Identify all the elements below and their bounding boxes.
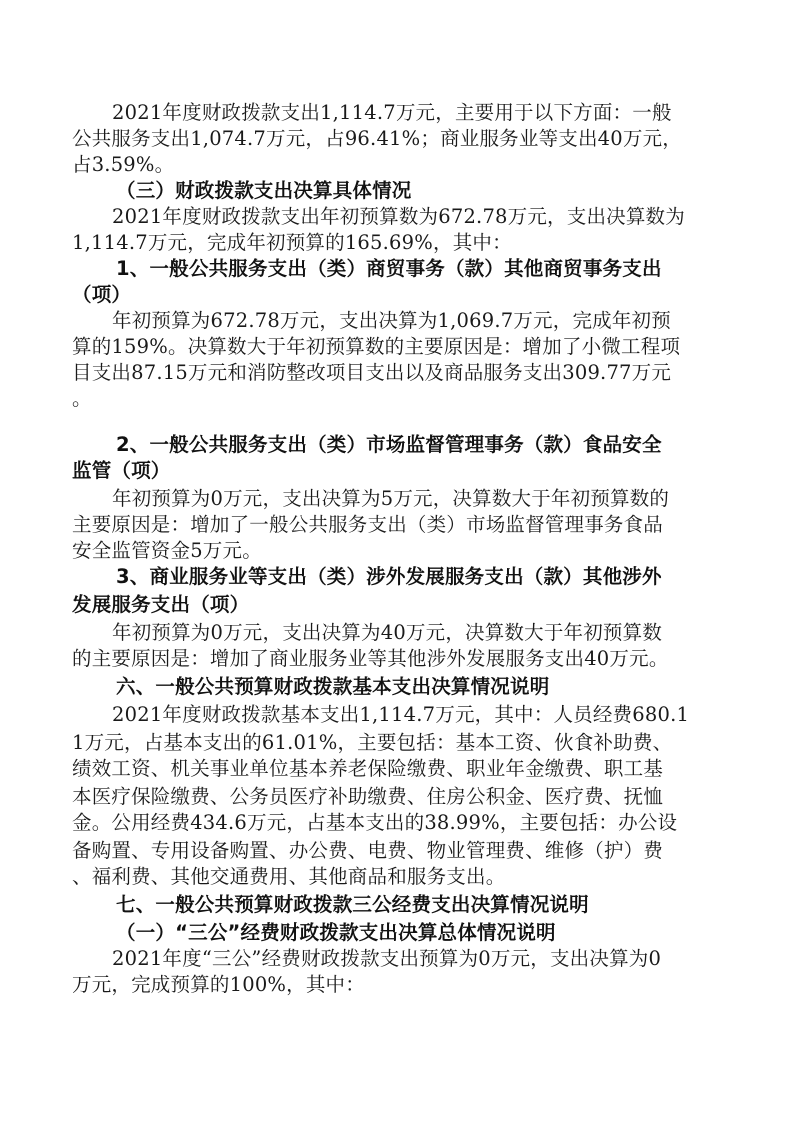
section-heading: 七、一般公共预算财政拨款三公经费支出决算情况说明 [116,892,776,918]
paragraph-line: 、福利费、其他交通费用、其他商品和服务支出。 [72,864,732,890]
paragraph-line: 备购置、专用设备购置、办公费、电费、物业管理费、维修（护）费 [72,838,732,864]
paragraph-line: 公共服务支出1,074.7万元，占96.41%；商业服务业等支出40万元， [72,126,732,152]
paragraph-line: 年初预算为672.78万元，支出决算为1,069.7万元，完成年初预 [112,308,772,334]
document-page: 2021年度财政拨款支出1,114.7万元，主要用于以下方面：一般公共服务支出1… [0,0,793,1122]
paragraph-line: 年初预算为0万元，支出决算为5万元，决算数大于年初预算数的 [112,486,772,512]
section-heading: （一）“三公”经费财政拨款支出决算总体情况说明 [116,920,776,946]
paragraph-line: 。 [72,386,732,412]
paragraph-line: 2021年度财政拨款支出1,114.7万元，主要用于以下方面：一般 [112,100,772,126]
paragraph-line: 算的159%。决算数大于年初预算数的主要原因是：增加了小微工程项 [72,334,732,360]
paragraph-line: 1万元，占基本支出的61.01%，主要包括：基本工资、伙食补助费、 [72,730,732,756]
paragraph-line: 本医疗保险缴费、公务员医疗补助缴费、住房公积金、医疗费、抚恤 [72,784,732,810]
paragraph-line: 的主要原因是：增加了商业服务业等其他涉外发展服务支出40万元。 [72,646,732,672]
section-heading: 六、一般公共预算财政拨款基本支出决算情况说明 [116,674,776,700]
section-heading: 发展服务支出（项） [72,592,732,618]
section-heading: （三）财政拨款支出决算具体情况 [116,178,776,204]
section-heading: （项） [72,282,732,308]
paragraph-line: 2021年度财政拨款基本支出1,114.7万元，其中：人员经费680.1 [112,702,772,728]
paragraph-line: 万元，完成预算的100%，其中： [72,972,732,998]
paragraph-line: 2021年度“三公”经费财政拨款支出预算为0万元，支出决算为0 [112,946,772,972]
paragraph-line: 金。公用经费434.6万元，占基本支出的38.99%，主要包括：办公设 [72,810,732,836]
paragraph-line: 2021年度财政拨款支出年初预算数为672.78万元，支出决算数为 [112,204,772,230]
paragraph-line: 绩效工资、机关事业单位基本养老保险缴费、职业年金缴费、职工基 [72,756,732,782]
section-heading: 1、一般公共服务支出（类）商贸事务（款）其他商贸事务支出 [116,256,776,282]
paragraph-line: 安全监管资金5万元。 [72,538,732,564]
paragraph-line: 目支出87.15万元和消防整改项目支出以及商品服务支出309.77万元 [72,360,732,386]
section-heading: 3、商业服务业等支出（类）涉外发展服务支出（款）其他涉外 [116,564,776,590]
section-heading: 2、一般公共服务支出（类）市场监督管理事务（款）食品安全 [116,432,776,458]
section-heading: 监管（项） [72,458,732,484]
paragraph-line: 占3.59%。 [72,152,732,178]
paragraph-line: 1,114.7万元，完成年初预算的165.69%，其中： [72,230,732,256]
paragraph-line: 年初预算为0万元，支出决算为40万元，决算数大于年初预算数 [112,620,772,646]
paragraph-line: 主要原因是：增加了一般公共服务支出（类）市场监督管理事务食品 [72,512,732,538]
